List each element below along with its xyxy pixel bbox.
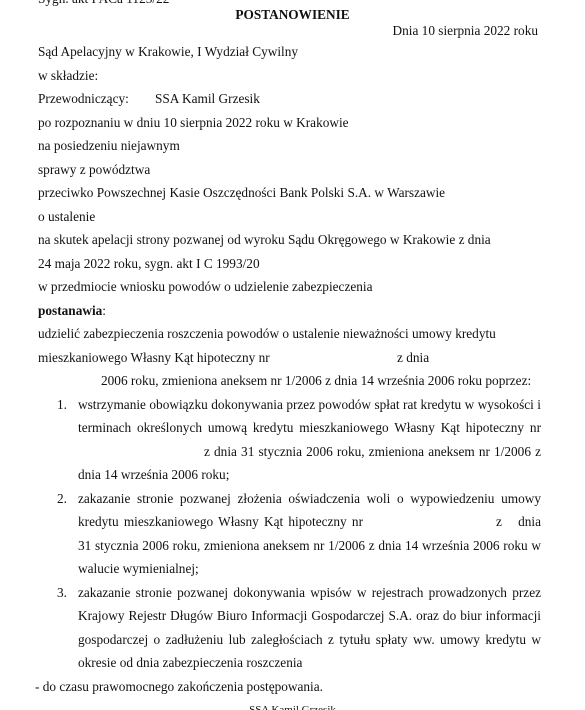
intro-line: o ustalenie xyxy=(38,209,95,225)
list-item-line: kredytu mieszkaniowego Własny Kąt hipote… xyxy=(78,514,363,530)
list-item-line: z dnia 31 stycznia 2006 roku, zmieniona … xyxy=(204,444,541,460)
ruling-line: mieszkaniowego Własny Kąt hipoteczny nr xyxy=(38,350,270,366)
intro-line: 24 maja 2022 roku, sygn. akt I C 1993/20 xyxy=(38,256,260,272)
list-item-line: terminach określonych umową kredytu mies… xyxy=(78,420,541,436)
list-item-line: gospodarczej o zadłużeniu lub zaległości… xyxy=(78,632,541,648)
intro-line: sprawy z powództwa xyxy=(38,162,150,178)
decides-word: postanawia xyxy=(38,303,102,318)
chair-name: SSA Kamil Grzesik xyxy=(155,91,260,107)
chair-label: Przewodniczący: xyxy=(38,91,129,107)
decides-colon: : xyxy=(102,303,106,318)
decides-heading: postanawia: xyxy=(38,303,106,319)
list-item-number: 2. xyxy=(57,491,67,507)
list-item-line: walucie wymienialnej; xyxy=(78,561,199,577)
document-title: POSTANOWIENIE xyxy=(0,7,585,23)
composition-label: w składzie: xyxy=(38,68,98,84)
signature: SSA Kamil Grzesik xyxy=(0,702,585,710)
list-item-line: okresie od dnia zabezpieczenia roszczeni… xyxy=(78,655,302,671)
closing-line: - do czasu prawomocnego zakończenia post… xyxy=(35,679,323,695)
case-number: Sygn. akt I ACa 1125/22 xyxy=(38,0,169,7)
list-item-number: 3. xyxy=(57,585,67,601)
list-item-line: 31 stycznia 2006 roku, zmieniona aneksem… xyxy=(78,538,541,554)
list-item-line: dnia 14 września 2006 roku; xyxy=(78,467,229,483)
ruling-line: 2006 roku, zmieniona aneksem nr 1/2006 z… xyxy=(101,373,531,389)
list-item-line: z dnia xyxy=(496,514,541,530)
list-item-line: wstrzymanie obowiązku dokonywania przez … xyxy=(78,397,541,413)
intro-line: w przedmiocie wniosku powodów o udzielen… xyxy=(38,279,373,295)
document-date: Dnia 10 sierpnia 2022 roku xyxy=(393,23,539,39)
intro-line: po rozpoznaniu w dniu 10 sierpnia 2022 r… xyxy=(38,115,349,131)
court-name: Sąd Apelacyjny w Krakowie, I Wydział Cyw… xyxy=(38,44,298,60)
list-item-line: zakazanie stronie pozwanej dokonywania w… xyxy=(78,585,541,601)
ruling-line: udzielić zabezpieczenia roszczenia powod… xyxy=(38,326,496,342)
intro-line: na posiedzeniu niejawnym xyxy=(38,138,180,154)
intro-line: na skutek apelacji strony pozwanej od wy… xyxy=(38,232,491,248)
list-item-line: Krajowy Rejestr Długów Biuro Informacji … xyxy=(78,608,541,624)
list-item-line: zakazanie stronie pozwanej złożenia oświ… xyxy=(78,491,541,507)
intro-line: przeciwko Powszechnej Kasie Oszczędności… xyxy=(38,185,445,201)
ruling-line: z dnia xyxy=(397,350,429,366)
list-item-number: 1. xyxy=(57,397,67,413)
